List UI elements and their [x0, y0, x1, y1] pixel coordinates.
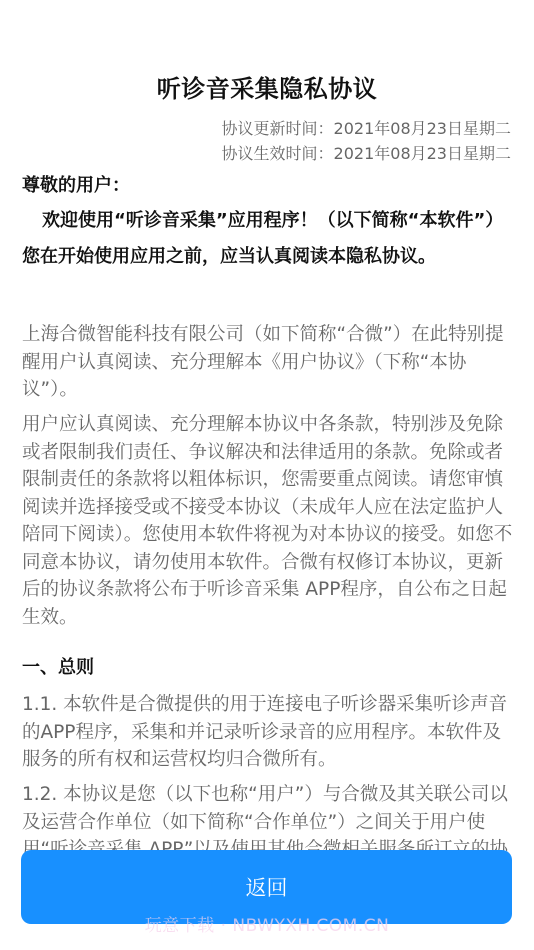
effective-time: 协议生效时间：2021年08月23日星期二 — [222, 141, 511, 166]
back-button[interactable]: 返回 — [21, 850, 512, 924]
update-time: 协议更新时间：2021年08月23日星期二 — [222, 116, 511, 141]
page-title: 听诊音采集隐私协议 — [0, 72, 534, 106]
section-heading-general: 一、总则 — [22, 654, 94, 682]
intro-paragraph: 欢迎使用“听诊音采集”应用程序！（以下简称“本软件”）您在开始使用应用之前，应当… — [22, 203, 514, 275]
notice-paragraph: 上海合微智能科技有限公司（如下简称“合微”）在此特别提醒用户认真阅读、充分理解本… — [22, 321, 516, 404]
terms-paragraph: 用户应认真阅读、充分理解本协议中各条款，特别涉及免除或者限制我们责任、争议解决和… — [22, 411, 516, 631]
agreement-dates: 协议更新时间：2021年08月23日星期二 协议生效时间：2021年08月23日… — [222, 116, 511, 166]
clause-1-1: 1.1. 本软件是合微提供的用于连接电子听诊器采集听诊声音的APP程序，采集和并… — [22, 691, 516, 774]
agreement-scroll-area[interactable]: 听诊音采集隐私协议 协议更新时间：2021年08月23日星期二 协议生效时间：2… — [0, 0, 534, 950]
privacy-agreement-screen: 听诊音采集隐私协议 协议更新时间：2021年08月23日星期二 协议生效时间：2… — [0, 0, 534, 950]
greeting: 尊敬的用户： — [22, 172, 130, 200]
